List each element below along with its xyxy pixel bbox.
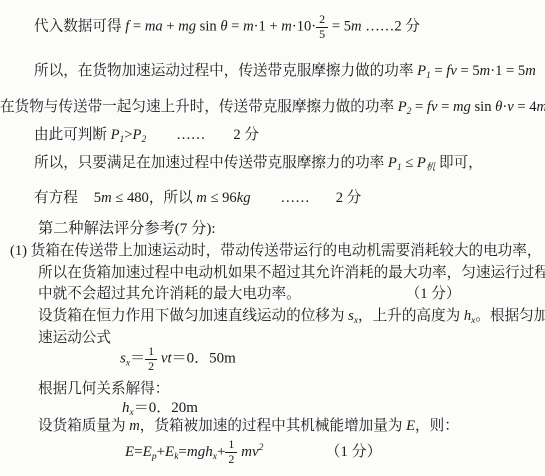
text-run: 设货箱质量为: [38, 418, 129, 434]
item-1-paragraph-line-3-score: 中就不会超过其允许消耗的最大电功率。（1 分）: [38, 284, 460, 304]
text-run: 。根据匀加: [475, 308, 545, 324]
math-variable: P: [417, 63, 426, 79]
formula-friction-substitution: 代入数据可得 f = ma + mg sin θ = m·1 + m·10·25…: [34, 13, 420, 42]
geometry-relation-line: 根据几何关系解得：: [38, 379, 169, 399]
text-run: 在货物与传送带一起匀速上升时，传送带克服摩擦力做的功率: [0, 99, 398, 115]
item-1-paragraph-line-1: (1) 货箱在传送带上加速运动时，带动传送带运行的电动机需要消耗较大的电功率，: [10, 241, 541, 261]
math-variable: E: [165, 444, 174, 460]
text-run: ……: [176, 127, 205, 143]
text-run: 有方程: [34, 190, 78, 206]
math-variable: m: [196, 190, 207, 206]
text-run: ·10·: [292, 19, 316, 35]
energy-setup-line: 设货箱质量为 m，货箱被加速的过程中其机械能增加量为 E，则：: [38, 416, 459, 436]
math-variable: m: [537, 99, 545, 115]
text-run: = 5: [457, 63, 480, 79]
math-variable: m: [351, 19, 362, 35]
math-variable: ma: [145, 19, 163, 35]
fraction-numerator: 2: [316, 13, 328, 28]
math-variable: P: [398, 99, 407, 115]
text-run: 即可，: [435, 155, 482, 171]
item-1-paragraph-line-2: 所以在货箱加速过程中电动机如果不超过其允许消耗的最大功率，匀速运行过程: [38, 263, 545, 283]
text-run: =: [431, 63, 447, 79]
displacement-setup-cont: 速运动公式: [38, 328, 111, 348]
text-run: 代入数据可得: [34, 19, 125, 35]
fraction-numerator: 1: [225, 438, 237, 453]
power-condition-line: 所以，只要满足在加速过程中传送带克服摩擦力的功率 P1 ≤ P机 即可，: [34, 153, 483, 178]
document-page: 代入数据可得 f = ma + mg sin θ = m·1 + m·10·25…: [0, 0, 545, 476]
fraction-denominator: 2: [145, 360, 157, 374]
text-run: ·1 +: [254, 19, 282, 35]
text-run: ≤ 96: [207, 190, 237, 206]
subscript: 2: [141, 135, 146, 145]
math-variable: mg: [178, 19, 196, 35]
text-run: 根据几何关系解得：: [38, 381, 169, 397]
text-run: sin: [196, 19, 220, 35]
displacement-setup-line: 设货箱在恒力作用下做匀加速直线运动的位移为 sx，上升的高度为 hx。根据匀加: [38, 306, 545, 331]
text-run: ≤: [402, 155, 417, 171]
text-run: =: [228, 19, 244, 35]
math-variable: m: [281, 19, 292, 35]
math-variable: m: [101, 190, 112, 206]
math-variable: mgh: [187, 444, 213, 460]
fraction: 25: [316, 13, 328, 42]
formula-sx: sx＝12 vt＝0．50m: [120, 345, 236, 374]
second-solution-heading: 第二种解法评分参考(7 分):: [38, 219, 216, 239]
text-run: （1 分）: [406, 286, 461, 302]
text-run: 速运动公式: [38, 330, 111, 346]
power-p2-statement: 在货物与传送带一起匀速上升时，传送带克服摩擦力做的功率 P2 = fv = mg…: [0, 97, 545, 122]
power-p1-statement: 所以，在货物加速运动过程中，传送带克服摩擦力做的功率 P1 = fv = 5m·…: [34, 61, 536, 86]
text-run: 所以，只要满足在加速过程中传送带克服摩擦力的功率: [34, 155, 388, 171]
fraction: 12: [145, 345, 157, 374]
formula-energy-score: E=Ep+Ek=mghx+12 mv2（1 分）: [125, 438, 382, 467]
text-run: =: [411, 99, 427, 115]
math-variable: E: [125, 444, 134, 460]
text-run: =: [134, 444, 142, 460]
text-run: ，上升的高度为: [358, 308, 464, 324]
text-run: ≤ 480，所以: [112, 190, 197, 206]
text-run: = 4: [514, 99, 537, 115]
text-run: +: [217, 444, 225, 460]
math-variable: m: [129, 418, 140, 434]
text-run: =: [178, 444, 186, 460]
math-variable: P: [111, 127, 120, 143]
text-run: +: [157, 444, 165, 460]
math-variable: h: [122, 400, 130, 416]
fraction-numerator: 1: [145, 345, 157, 360]
text-run: 中就不会超过其允许消耗的最大电功率。: [38, 286, 301, 302]
text-run: 2 分: [233, 127, 259, 143]
text-run: 由此可判断: [34, 127, 111, 143]
text-run: ·1 = 5: [490, 63, 525, 79]
math-variable: P: [388, 155, 397, 171]
text-run: 所以在货箱加速过程中电动机如果不超过其允许消耗的最大功率，匀速运行过程: [38, 265, 545, 281]
text-run: ，货箱被加速的过程中其机械能增加量为: [140, 418, 406, 434]
text-run: =: [437, 99, 453, 115]
text-run: 第二种解法评分参考(7 分):: [38, 220, 216, 237]
text-run: ……: [281, 190, 310, 206]
math-variable: mg: [453, 99, 471, 115]
text-run: 2 分: [336, 190, 362, 206]
text-run: ＝0．20m: [134, 400, 198, 416]
math-variable: θ: [220, 19, 227, 35]
text-run: 设货箱在恒力作用下做匀加速直线运动的位移为: [38, 308, 348, 324]
subscript: 机: [426, 163, 436, 173]
text-run: +: [163, 19, 179, 35]
mass-result-line: 有方程5m ≤ 480，所以 m ≤ 96kg……2 分: [34, 188, 361, 208]
math-variable: vt: [161, 351, 172, 367]
math-variable: mv: [241, 444, 259, 460]
text-run: ＝0．50m: [172, 351, 236, 367]
fraction-denominator: 5: [316, 28, 328, 42]
math-variable: fv: [427, 99, 438, 115]
math-variable: m: [480, 63, 491, 79]
text-run: =: [129, 19, 145, 35]
superscript: 2: [259, 443, 264, 453]
fraction-denominator: 2: [225, 453, 237, 467]
fraction: 12: [225, 438, 237, 467]
math-variable: E: [406, 418, 415, 434]
text-run: >: [124, 127, 132, 143]
math-variable: P: [417, 155, 426, 171]
text-run: ……2 分: [362, 19, 420, 35]
math-variable: fv: [446, 63, 457, 79]
text-run: = 5: [328, 19, 351, 35]
math-variable: kg: [237, 190, 251, 206]
math-variable: m: [243, 19, 254, 35]
math-variable: m: [525, 63, 536, 79]
text-run: ，则：: [415, 418, 459, 434]
text-run: ＝: [130, 351, 145, 367]
text-run: （1 分）: [325, 444, 381, 460]
math-variable: E: [143, 444, 152, 460]
text-run: 5: [94, 190, 101, 206]
text-run: (1) 货箱在传送带上加速运动时，带动传送带运行的电动机需要消耗较大的电功率，: [10, 243, 541, 259]
text-run: sin: [471, 99, 495, 115]
power-comparison-line: 由此可判断 P1>P2……2 分: [34, 125, 259, 150]
text-run: 所以，在货物加速运动过程中，传送带克服摩擦力做的功率: [34, 63, 417, 79]
